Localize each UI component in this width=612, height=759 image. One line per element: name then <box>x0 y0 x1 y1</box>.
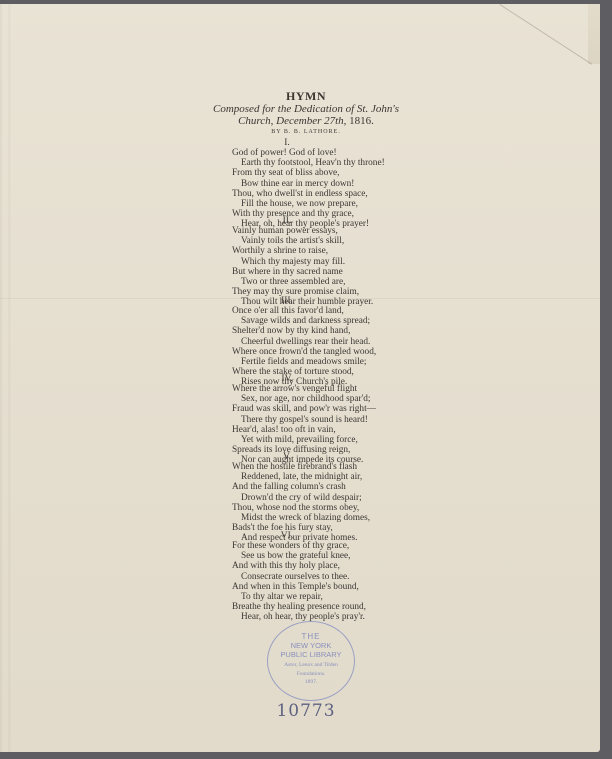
verse-line: When the hostile firebrand's flash <box>232 462 432 472</box>
stanza-numeral: III. <box>232 296 342 306</box>
verse-line: Drown'd the cry of wild despair; <box>232 493 432 503</box>
subtitle-line-2: Church, December 27th, 1816. <box>0 115 612 127</box>
stanza-numeral: I. <box>232 138 342 148</box>
library-stamp: THE NEW YORK PUBLIC LIBRARY Astor, Lenox… <box>267 621 355 701</box>
page-title: HYMN <box>0 89 612 104</box>
verse-line: Once o'er all this favor'd land, <box>232 306 432 316</box>
verse-line: Thou, who dwell'st in endless space, <box>232 189 432 199</box>
verse-line: Two or three assembled are, <box>232 277 432 287</box>
verse-line: Vainly toils the artist's skill, <box>232 236 432 246</box>
verse-line: And the falling column's crash <box>232 482 432 492</box>
verse-line: For these wonders of thy grace, <box>232 541 432 551</box>
verse-line: Fill the house, we now prepare, <box>232 199 432 209</box>
verse-line: There thy gospel's sound is heard! <box>232 415 432 425</box>
stamp-line: NEW YORK <box>268 641 354 650</box>
stamp-line: PUBLIC LIBRARY <box>268 650 354 659</box>
stanza-6: VI. For these wonders of thy grace, See … <box>232 531 432 623</box>
verse-line: But where in thy sacred name <box>232 267 432 277</box>
verse-line: Savage wilds and darkness spread; <box>232 316 432 326</box>
verse-line: And with this thy holy place, <box>232 561 432 571</box>
verse-line: Thou, whose nod the storms obey, <box>232 503 432 513</box>
subtitle: Composed for the Dedication of St. John'… <box>0 103 612 127</box>
verse-line: Worthily a shrine to raise, <box>232 246 432 256</box>
verse-line: Yet with mild, prevailing force, <box>232 435 432 445</box>
verse-line: Midst the wreck of blazing domes, <box>232 513 432 523</box>
verse-line: And when in this Temple's bound, <box>232 582 432 592</box>
byline: BY B. B. LATHORE. <box>0 129 612 135</box>
stamp-line: Foundations. <box>268 670 354 678</box>
verse-line: Consecrate ourselves to thee. <box>232 572 432 582</box>
verse-line: From thy seat of bliss above, <box>232 168 432 178</box>
verse-line: God of power! God of love! <box>232 148 432 158</box>
stamp-line: THE <box>268 632 354 641</box>
document-page: HYMN Composed for the Dedication of St. … <box>0 4 600 752</box>
stanza-numeral: II. <box>232 216 342 226</box>
verse-line: Vainly human power essays, <box>232 226 432 236</box>
stanza-numeral: IV. <box>232 374 342 384</box>
stanza-numeral: VI. <box>232 531 342 541</box>
verse-line: Sex, nor age, nor childhood spar'd; <box>232 394 432 404</box>
subtitle-year: 1816. <box>349 115 374 127</box>
verse-line: Fertile fields and meadows smile; <box>232 357 432 367</box>
verse-line: Shelter'd now by thy kind hand, <box>232 326 432 336</box>
verse-line: Where once frown'd the tangled wood, <box>232 347 432 357</box>
verse-line: Hear, oh hear, thy people's pray'r. <box>232 612 432 622</box>
stanza-5: V. When the hostile firebrand's flash Re… <box>232 452 432 544</box>
verse-line: Cheerful dwellings rear their head. <box>232 337 432 347</box>
stanza-numeral: V. <box>232 452 342 462</box>
verse-line: Earth thy footstool, Heav'n thy throne! <box>232 158 432 168</box>
verse-line: Fraud was skill, and pow'r was right— <box>232 404 432 414</box>
verse-line: Breathe thy healing presence round, <box>232 602 432 612</box>
subtitle-line-1: Composed for the Dedication of St. John'… <box>0 103 612 115</box>
verse-line: See us bow the grateful knee, <box>232 551 432 561</box>
verse-line: Which thy majesty may fill. <box>232 257 432 267</box>
verse-line: Where the arrow's vengeful flight <box>232 384 432 394</box>
subtitle-date: Church, December 27th, <box>238 115 346 127</box>
stamp-line: Astor, Lenox and Tilden <box>268 661 354 670</box>
verse-line: Hear'd, alas! too oft in vain, <box>232 425 432 435</box>
stamp-line: 1897. <box>268 678 354 687</box>
verse-line: Bow thine ear in mercy down! <box>232 179 432 189</box>
stanza-2: II. Vainly human power essays, Vainly to… <box>232 216 432 308</box>
verse-line: Reddened, late, the midnight air, <box>232 472 432 482</box>
accession-number: 10773 <box>0 701 612 721</box>
verse-line: To thy altar we repair, <box>232 592 432 602</box>
page-corner <box>588 4 600 64</box>
